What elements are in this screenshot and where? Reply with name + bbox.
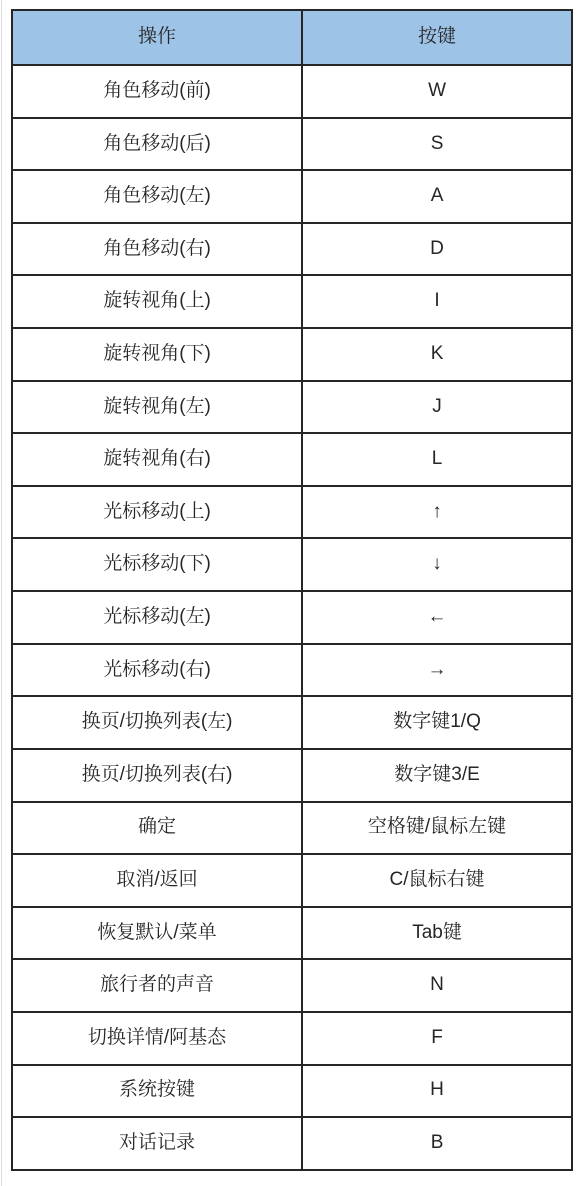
key-cell: I	[302, 275, 572, 328]
operation-cell: 系统按键	[12, 1065, 302, 1118]
table-row: 光标移动(上)↑	[12, 486, 572, 539]
key-cell: D	[302, 223, 572, 276]
operation-cell: 角色移动(右)	[12, 223, 302, 276]
operation-cell: 光标移动(左)	[12, 591, 302, 644]
operation-cell: 对话记录	[12, 1117, 302, 1170]
table-row: 换页/切换列表(右)数字键3/E	[12, 749, 572, 802]
table-body: 角色移动(前)W角色移动(后)S角色移动(左)A角色移动(右)D旋转视角(上)I…	[12, 65, 572, 1170]
table-row: 旋转视角(上)I	[12, 275, 572, 328]
key-cell: W	[302, 65, 572, 118]
operation-cell: 角色移动(后)	[12, 118, 302, 171]
table-row: 确定空格键/鼠标左键	[12, 802, 572, 855]
table-row: 旅行者的声音N	[12, 959, 572, 1012]
table-row: 换页/切换列表(左)数字键1/Q	[12, 696, 572, 749]
key-cell: C/鼠标右键	[302, 854, 572, 907]
operation-cell: 恢复默认/菜单	[12, 907, 302, 960]
header-operation: 操作	[12, 10, 302, 65]
operation-cell: 换页/切换列表(左)	[12, 696, 302, 749]
operation-cell: 旋转视角(左)	[12, 381, 302, 434]
key-cell: N	[302, 959, 572, 1012]
key-cell: ↑	[302, 486, 572, 539]
table-row: 旋转视角(右)L	[12, 433, 572, 486]
operation-cell: 换页/切换列表(右)	[12, 749, 302, 802]
table-row: 切换详情/阿基态F	[12, 1012, 572, 1065]
operation-cell: 旋转视角(上)	[12, 275, 302, 328]
operation-cell: 取消/返回	[12, 854, 302, 907]
table-row: 角色移动(右)D	[12, 223, 572, 276]
key-cell: B	[302, 1117, 572, 1170]
table-row: 旋转视角(左)J	[12, 381, 572, 434]
key-cell: Tab键	[302, 907, 572, 960]
operation-cell: 旋转视角(下)	[12, 328, 302, 381]
key-cell: J	[302, 381, 572, 434]
key-cell: →	[302, 644, 572, 697]
table-row: 系统按键H	[12, 1065, 572, 1118]
key-cell: ↓	[302, 538, 572, 591]
table-row: 旋转视角(下)K	[12, 328, 572, 381]
table-row: 取消/返回C/鼠标右键	[12, 854, 572, 907]
key-cell: 数字键1/Q	[302, 696, 572, 749]
operation-cell: 光标移动(右)	[12, 644, 302, 697]
header-key: 按键	[302, 10, 572, 65]
table-row: 光标移动(下)↓	[12, 538, 572, 591]
table-row: 角色移动(左)A	[12, 170, 572, 223]
table-header: 操作 按键	[12, 10, 572, 65]
table-row: 光标移动(左)←	[12, 591, 572, 644]
key-cell: K	[302, 328, 572, 381]
table-row: 角色移动(后)S	[12, 118, 572, 171]
operation-cell: 光标移动(上)	[12, 486, 302, 539]
key-cell: S	[302, 118, 572, 171]
header-row: 操作 按键	[12, 10, 572, 65]
key-cell: 空格键/鼠标左键	[302, 802, 572, 855]
keybind-table: 操作 按键 角色移动(前)W角色移动(后)S角色移动(左)A角色移动(右)D旋转…	[11, 9, 573, 1171]
key-cell: L	[302, 433, 572, 486]
page-edge-line	[1, 0, 2, 1186]
operation-cell: 光标移动(下)	[12, 538, 302, 591]
operation-cell: 旅行者的声音	[12, 959, 302, 1012]
operation-cell: 旋转视角(右)	[12, 433, 302, 486]
key-cell: ←	[302, 591, 572, 644]
table-row: 对话记录B	[12, 1117, 572, 1170]
operation-cell: 切换详情/阿基态	[12, 1012, 302, 1065]
key-cell: 数字键3/E	[302, 749, 572, 802]
table-row: 恢复默认/菜单Tab键	[12, 907, 572, 960]
operation-cell: 角色移动(前)	[12, 65, 302, 118]
operation-cell: 确定	[12, 802, 302, 855]
table-row: 角色移动(前)W	[12, 65, 572, 118]
table-row: 光标移动(右)→	[12, 644, 572, 697]
operation-cell: 角色移动(左)	[12, 170, 302, 223]
key-cell: F	[302, 1012, 572, 1065]
key-cell: H	[302, 1065, 572, 1118]
key-cell: A	[302, 170, 572, 223]
